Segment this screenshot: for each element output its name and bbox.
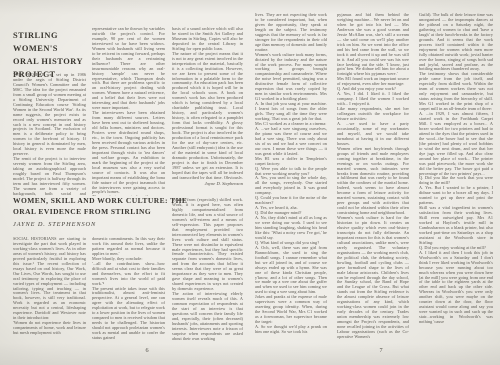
left-page-number: 6 (139, 347, 155, 354)
article2-title-line1: WOMEN, SKILL AND WORK CULTURE: THE (13, 196, 188, 207)
article2-column-1: SOCIAL HISTORIANS are starting to invest… (13, 237, 86, 346)
right-page-column-1: lives. They are not expecting their work… (255, 13, 327, 345)
article1-title-line1: STIRLING WOMEN'S (13, 29, 99, 55)
article2-title-line2: ORAL EVIDENCE FROM STIRLING (13, 207, 188, 218)
article2-column-3: by men from (especially) skilled work. W… (172, 198, 243, 346)
right-page-column-2: pyjamas and hid them behind the weighing… (337, 13, 409, 345)
article1-column-1: THIS PROJECT was set up in 1986 under th… (13, 73, 86, 196)
article1-column-2: representative can be thrown by variable… (92, 27, 165, 196)
article2-title: WOMEN, SKILL AND WORK CULTURE: THE ORAL … (13, 196, 188, 217)
article1-column-3: basis of a sound archive which will also… (172, 27, 243, 179)
article1-title-line2: ORAL HISTORY (13, 55, 99, 68)
right-page-number: 7 (373, 347, 389, 354)
right-page-column-3: Guild). The bulk of their leisure time w… (419, 13, 493, 345)
article2-column-2: domestic commitments. In this way their … (92, 237, 165, 346)
article1-author-signature: Jayne D. Stephenson (160, 181, 243, 186)
article2-author: JAYNE D. STEPHENSON (13, 221, 188, 228)
scanned-journal-spread: STIRLING WOMEN'S ORAL HISTORY PROJECT TH… (0, 0, 500, 365)
